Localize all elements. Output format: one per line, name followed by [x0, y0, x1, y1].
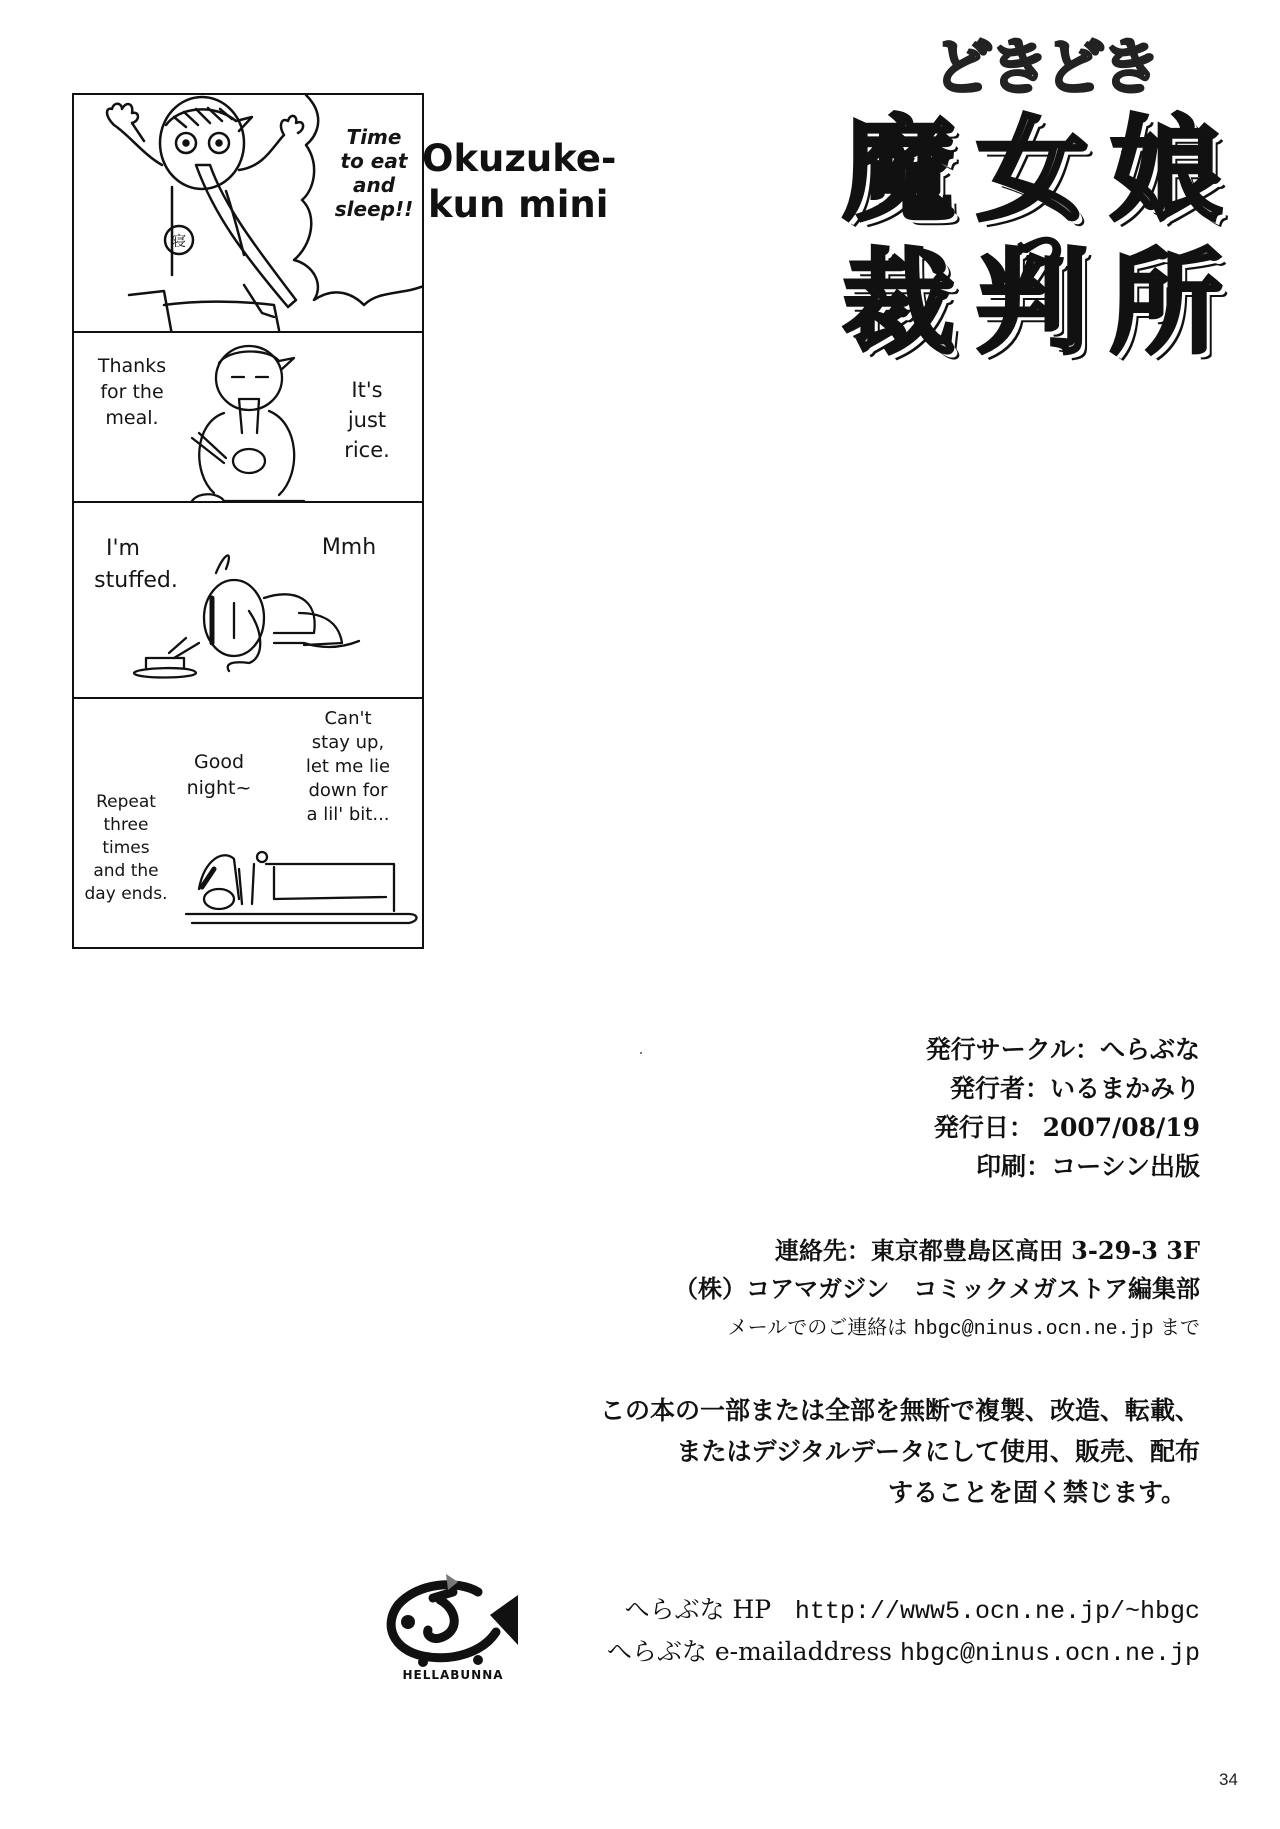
bubble-line: to eat — [329, 149, 419, 173]
comic-panel-3: I'm stuffed. Mmh — [72, 501, 424, 699]
bubble-line: Can't — [289, 707, 407, 731]
colophon-contact: 連絡先：東京都豊島区高田 3-29-3 3F （株）コアマガジン コミックメガス… — [674, 1232, 1200, 1349]
bubble-line: and — [329, 173, 419, 197]
bubble-line: and the — [76, 860, 176, 883]
bubble-line: for the — [82, 379, 182, 405]
stray-mark — [640, 1052, 642, 1054]
colophon-circle: 発行サークル：へらぶな — [926, 1030, 1200, 1069]
speech-mmh: Mmh — [309, 535, 389, 561]
bubble-line: Time — [329, 125, 419, 149]
bubble-line: Mmh — [309, 535, 389, 561]
notice-line-3: することを固く禁じます。 — [600, 1472, 1186, 1513]
bubble-line: day ends. — [76, 883, 176, 906]
bubble-line: Thanks — [82, 353, 182, 379]
bubble-line: times — [76, 837, 176, 860]
brand-name: HELLABUNNA — [380, 1668, 526, 1682]
strip-title-line-2: kun mini — [422, 182, 616, 228]
bubble-line: meal. — [82, 405, 182, 431]
title-char: 娘 — [1102, 110, 1230, 232]
speech-its-just-rice: It's just rice. — [332, 375, 402, 465]
strip-title-line-1: Okuzuke- — [422, 136, 616, 182]
bubble-line: three — [76, 814, 176, 837]
title-char: 裁 — [835, 243, 963, 365]
speech-thanks-for-meal: Thanks for the meal. — [82, 353, 182, 431]
comic-panel-2: Thanks for the meal. It's just rice. — [72, 331, 424, 503]
title-char: 判 — [969, 243, 1097, 365]
book-title-logo: どきどき 魔 女 娘 っ 裁 判 所 — [835, 28, 1230, 378]
bubble-line: let me lie — [289, 755, 407, 779]
circle-links: へらぶな HP http://www5.ocn.ne.jp/~hbgc へらぶな… — [607, 1590, 1200, 1674]
speech-im-stuffed: I'm stuffed. — [76, 533, 196, 597]
copyright-notice: この本の一部または全部を無断で複製、改造、転載、 またはデジタルデータにして使用… — [600, 1390, 1200, 1513]
bubble-line: down for — [289, 779, 407, 803]
comic-strip: 寝 Time to eat and sleep!! Thanks for t — [72, 93, 426, 949]
title-char: 所 — [1102, 243, 1230, 365]
homepage-line: へらぶな HP http://www5.ocn.ne.jp/~hbgc — [607, 1590, 1200, 1632]
contact-address: 連絡先：東京都豊島区高田 3-29-3 3F — [674, 1232, 1200, 1270]
bubble-line: sleep!! — [329, 197, 419, 221]
email-link[interactable]: hbgc@ninus.ocn.ne.jp — [900, 1639, 1200, 1668]
contact-mail-line: メールでのご連絡は hbgc@ninus.ocn.ne.jp まで — [674, 1308, 1200, 1349]
contact-mail-prefix: メールでのご連絡は — [728, 1315, 914, 1339]
notice-line-1: この本の一部または全部を無断で複製、改造、転載、 — [600, 1390, 1200, 1431]
email-label: へらぶな e-mailaddress — [607, 1637, 892, 1666]
bubble-line: stay up, — [289, 731, 407, 755]
bubble-line: just — [332, 405, 402, 435]
colophon-date: 発行日： 2007/08/19 — [926, 1108, 1200, 1147]
contact-mail-address[interactable]: hbgc@ninus.ocn.ne.jp — [914, 1318, 1154, 1341]
comic-panel-1: 寝 Time to eat and sleep!! — [72, 93, 424, 333]
colophon-printing: 印刷：コーシン出版 — [926, 1147, 1200, 1186]
colophon-publication-info: 発行サークル：へらぶな 発行者：いるまかみり 発行日： 2007/08/19 印… — [926, 1030, 1200, 1186]
strip-title: Okuzuke- kun mini — [422, 136, 616, 228]
page-number: 34 — [1219, 1770, 1238, 1790]
bubble-line: rice. — [332, 435, 402, 465]
bubble-line: Good — [174, 749, 264, 775]
book-title-kana: どきどき — [915, 28, 1175, 108]
contact-mail-suffix: まで — [1154, 1315, 1200, 1339]
contact-company: （株）コアマガジン コミックメガストア編集部 — [674, 1270, 1200, 1308]
speech-bubble-time-to-eat: Time to eat and sleep!! — [329, 125, 419, 221]
email-line: へらぶな e-mailaddress hbgc@ninus.ocn.ne.jp — [607, 1632, 1200, 1674]
bubble-line: night~ — [174, 775, 264, 801]
sleep-kanji-badge: 寝 — [172, 234, 186, 250]
notice-line-2: またはデジタルデータにして使用、販売、配布 — [600, 1431, 1200, 1472]
bubble-line: Repeat — [76, 791, 176, 814]
colophon-publisher: 発行者：いるまかみり — [926, 1069, 1200, 1108]
comic-panel-4: Repeat three times and the day ends. Goo… — [72, 697, 424, 949]
bubble-line: It's — [332, 375, 402, 405]
homepage-label: へらぶな HP — [625, 1595, 772, 1624]
speech-cant-stay-up: Can't stay up, let me lie down for a lil… — [289, 707, 407, 827]
bubble-line: I'm — [76, 533, 196, 565]
title-char: 魔 — [835, 110, 963, 232]
bubble-line: a lil' bit... — [289, 803, 407, 827]
narration-repeat-three-times: Repeat three times and the day ends. — [76, 791, 176, 906]
book-title-row-2: 裁 判 所 — [835, 243, 1230, 365]
speech-good-night: Good night~ — [174, 749, 264, 801]
bubble-line: stuffed. — [76, 565, 196, 597]
homepage-link[interactable]: http://www5.ocn.ne.jp/~hbgc — [795, 1597, 1200, 1626]
